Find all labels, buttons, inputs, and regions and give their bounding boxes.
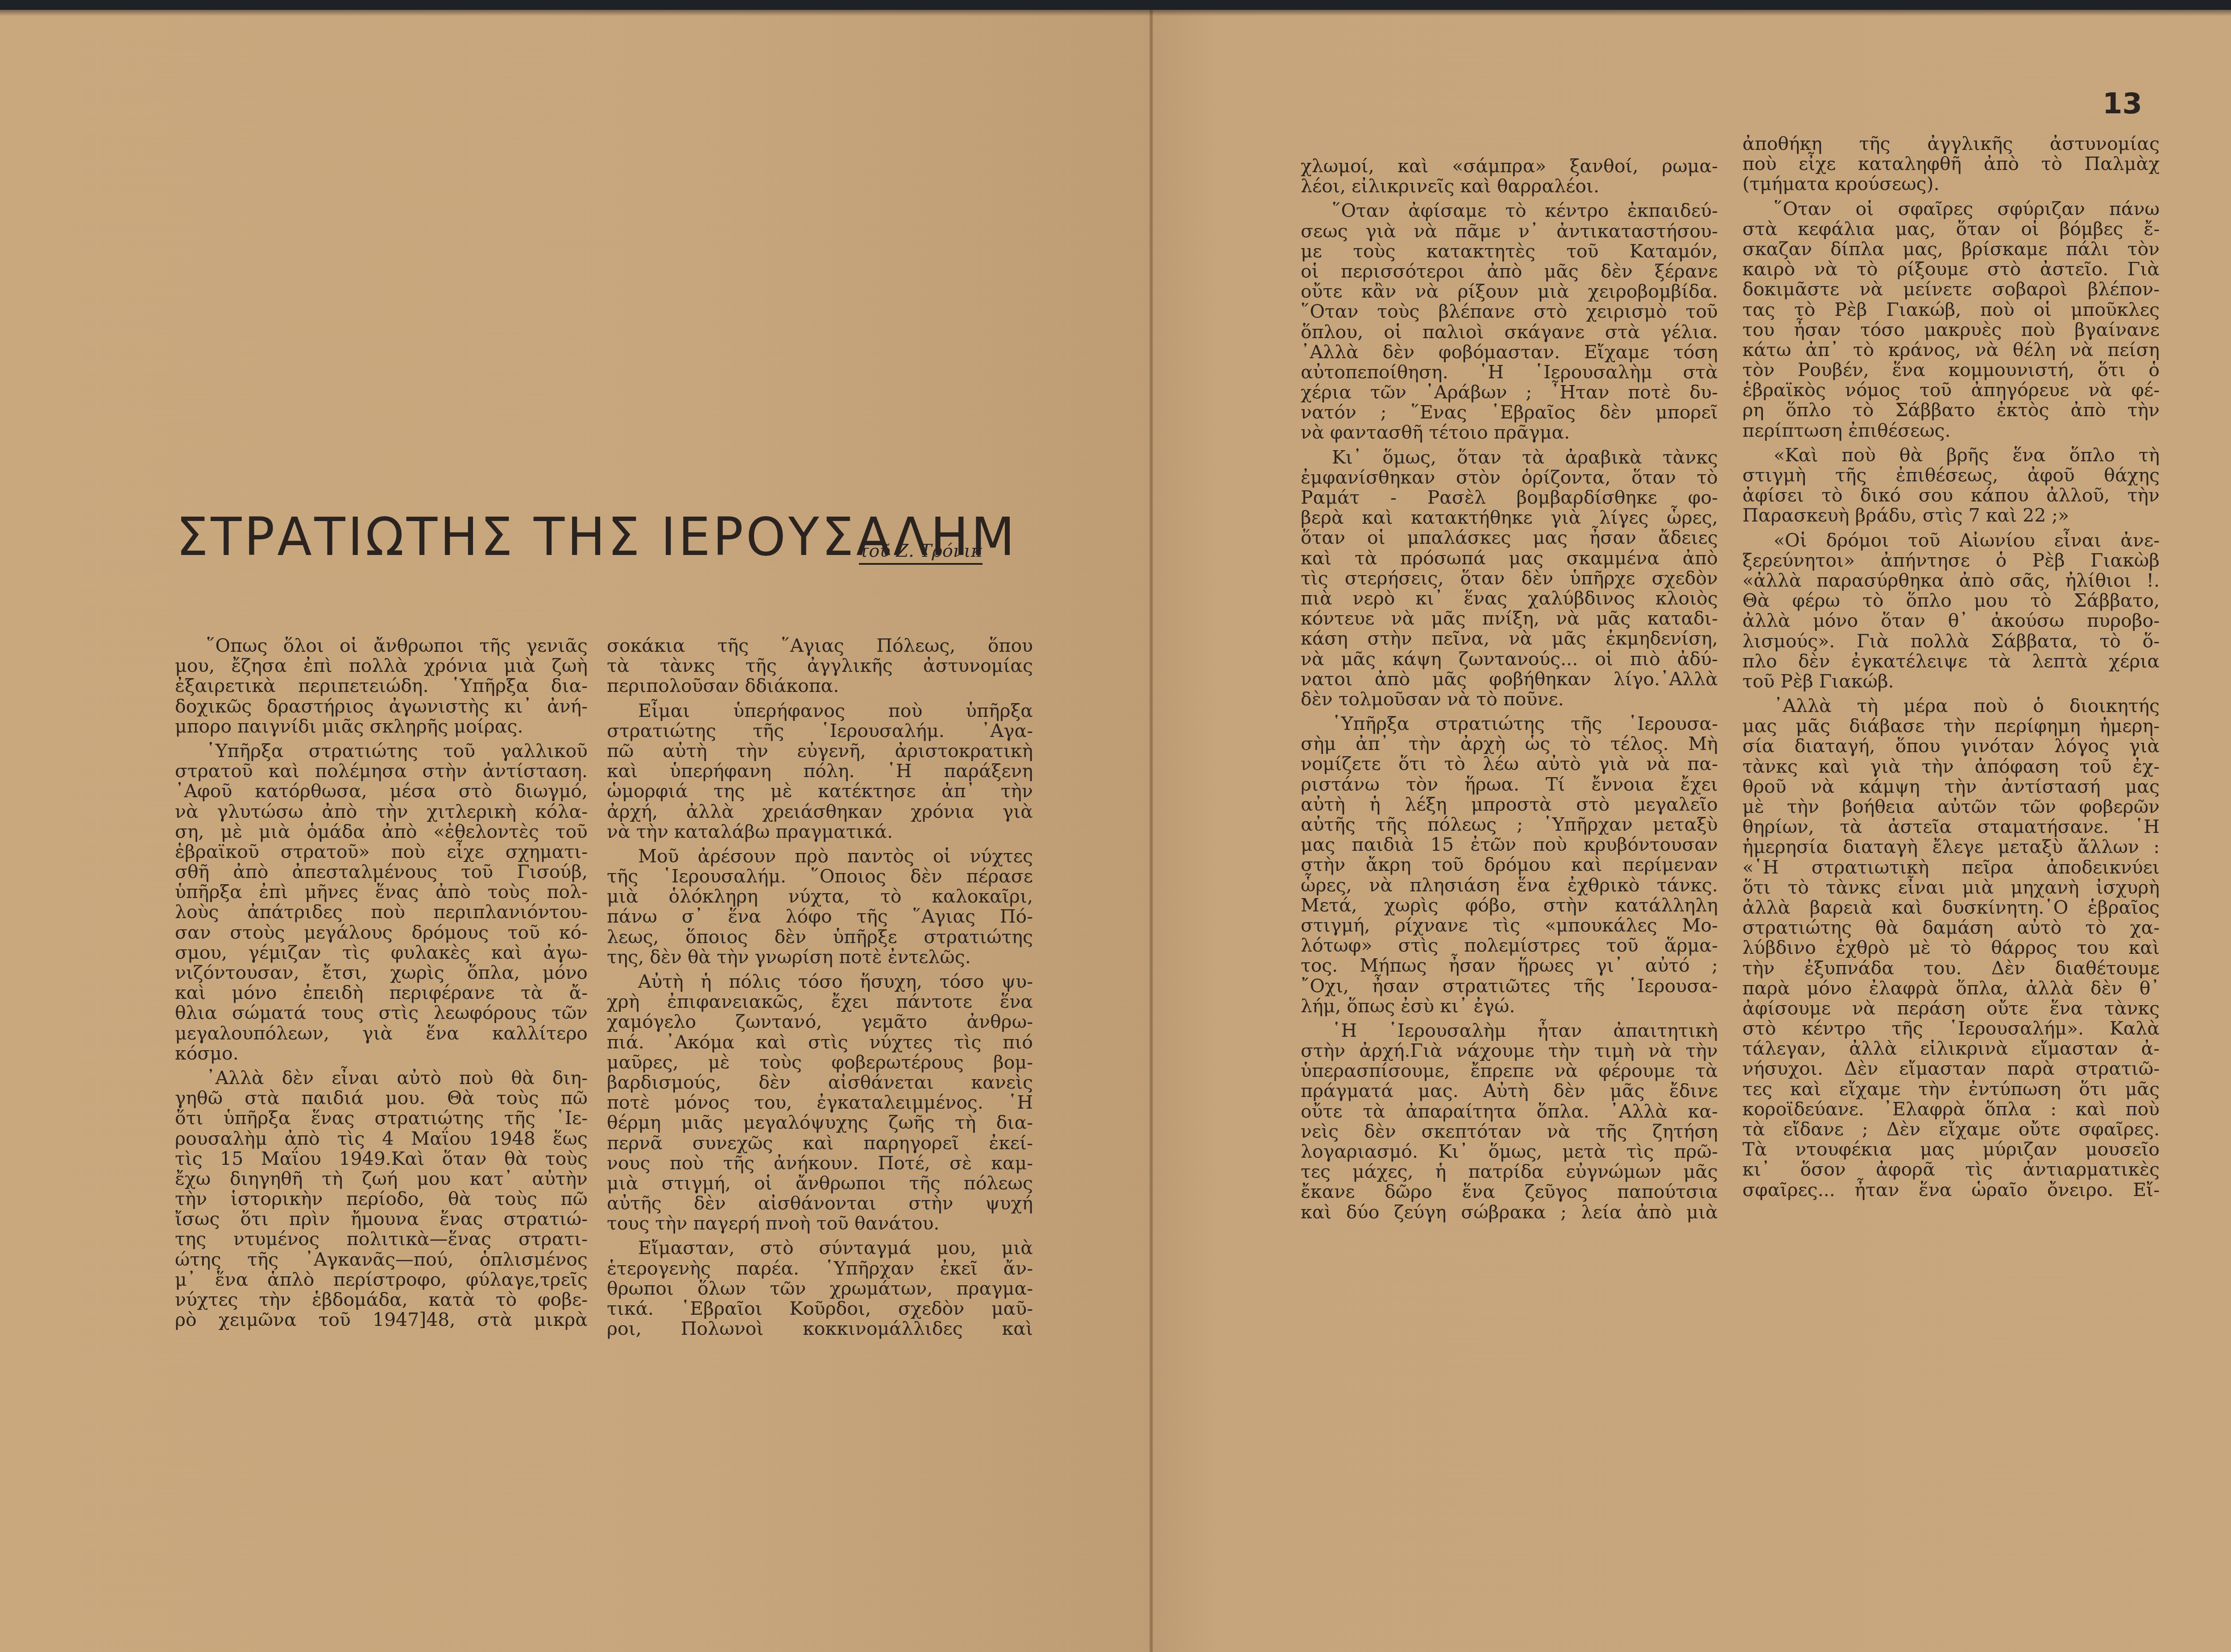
text-line: βερὰ καὶ κατακτήθηκε γιὰ λίγες ὧρες, bbox=[1301, 508, 1718, 528]
text-line: πῶ αὐτὴ τὴν εὐγενῆ, ἀριστοκρατικὴ bbox=[607, 741, 1033, 761]
text-line: τους τὴν παγερή πνοὴ τοῦ θανάτου. bbox=[607, 1213, 1033, 1234]
text-line: ἔκανε δῶρο ἕνα ζεῦγος παπούτσια bbox=[1301, 1182, 1718, 1202]
text-line: Κι᾿ ὅμως, ὅταν τὰ ἀραβικὰ τὰνκς bbox=[1301, 447, 1718, 468]
page-number: 13 bbox=[2102, 87, 2142, 120]
text-line: νὰ φαντασθῆ τέτοιο πρᾶγμα. bbox=[1301, 422, 1718, 443]
text-line: λύβδινο ἐχθρὸ μὲ τὸ θάρρος του καὶ bbox=[1742, 938, 2160, 958]
text-line: μιὰ ὁλόκληρη νύχτα, τὸ καλοκαῖρι, bbox=[607, 886, 1033, 907]
text-line: τες καὶ εἴχαμε τὴν ἐντύπωση ὅτι μᾶς bbox=[1742, 1079, 2160, 1099]
text-line: στρατιώτης τῆς ῾Ιερουσαλήμ. ᾿Αγα- bbox=[607, 721, 1033, 741]
text-line: νους ποὺ τῆς ἀνήκουν. Ποτέ, σὲ καμ- bbox=[607, 1153, 1033, 1173]
text-line: ἑβραϊκὸς νόμος τοῦ ἀπηγόρευε νὰ φέ- bbox=[1742, 380, 2160, 400]
text-line: στὴν ἀρχή.Γιὰ νάχουμε τὴν τιμὴ νὰ τὴν bbox=[1301, 1041, 1718, 1061]
text-line: ἐξαιρετικὰ περιπετειώδη. ῾Υπῆρξα δια- bbox=[175, 676, 588, 696]
text-line: καὶ μόνο ἐπειδὴ περιφέρανε τὰ ἄ- bbox=[175, 983, 588, 1003]
text-line: τὶς στερήσεις, ὅταν δὲν ὑπῆρχε σχεδὸν bbox=[1301, 568, 1718, 588]
text-line: νήσυχοι. Δὲν εἴμασταν παρὰ στρατιῶ- bbox=[1742, 1059, 2160, 1079]
text-line: τὰ εἴδανε ; Δὲν εἴχαμε οὔτε σφαῖρες. bbox=[1742, 1119, 2160, 1139]
text-line: σφαῖρες... ἦταν ἕνα ὡραῖο ὄνειρο. Εἴ- bbox=[1742, 1180, 2160, 1200]
text-line: Εἴμασταν, στὸ σύνταγμά μου, μιὰ bbox=[607, 1238, 1033, 1258]
text-line: στὰ κεφάλια μας, ὅταν οἱ βόμβες ἔ- bbox=[1742, 219, 2160, 239]
text-line: αὐτῆς τῆς πόλεως ; ῾Υπῆρχαν μεταξὺ bbox=[1301, 815, 1718, 835]
book-spine bbox=[1149, 10, 1153, 1652]
text-line: ὅτι τὸ τὰνκς εἶναι μιὰ μηχανὴ ἰσχυρὴ bbox=[1742, 878, 2160, 898]
text-line: Εἶμαι ὑπερήφανος ποὺ ὑπῆρξα bbox=[607, 701, 1033, 721]
text-line: πιά. ᾿Ακόμα καὶ στὶς νύχτες τὶς πιό bbox=[607, 1032, 1033, 1052]
text-line: κόσμο. bbox=[175, 1043, 588, 1064]
text-line: δὲν τολμοῦσαν νὰ τὸ ποῦνε. bbox=[1301, 689, 1718, 709]
text-line: τὶς 15 Μαΐου 1949.Καὶ ὅταν θὰ τοὺς bbox=[175, 1149, 588, 1169]
text-line: Τὰ ντουφέκια μας μύριζαν μουσεῖο bbox=[1742, 1139, 2160, 1159]
text-line: ῾Υπῆρξα στρατιώτης τῆς ῾Ιερουσα- bbox=[1301, 714, 1718, 734]
text-line: τὸν Ρουβέν, ἕνα κομμουνιστή, ὅτι ὁ bbox=[1742, 360, 2160, 380]
text-line: σοκάκια τῆς ῞Αγιας Πόλεως, ὅπου bbox=[607, 636, 1033, 656]
text-line: ροι, Πολωνοὶ κοκκινομάλλιδες καὶ bbox=[607, 1319, 1033, 1339]
text-line: στιγμή, ρίχνανε τὶς «μπουκάλες Μο- bbox=[1301, 915, 1718, 936]
text-line: Ραμάτ - Ρασὲλ βομβαρδίσθηκε φο- bbox=[1301, 488, 1718, 508]
text-line: σμου, γέμιζαν τὶς φυλακὲς καὶ ἀγω- bbox=[175, 943, 588, 963]
text-line: κοροϊδεύανε. ᾿Ελαφρὰ ὅπλα : καὶ ποὺ bbox=[1742, 1099, 2160, 1119]
text-line: κόντευε νὰ μᾶς πνίξη, νὰ μᾶς καταδι- bbox=[1301, 609, 1718, 629]
text-line: ἀφίσουμε νὰ περάση οὔτε ἕνα τὰνκς bbox=[1742, 998, 2160, 1019]
text-line: μιὰ στιγμή, οἱ ἄνθρωποι τῆς πόλεως bbox=[607, 1173, 1033, 1193]
text-line: νεὶς δὲν σκεπτόταν νὰ τῆς ζητήση bbox=[1301, 1122, 1718, 1142]
text-line: λήμ, ὅπως ἐσὺ κι᾿ ἐγώ. bbox=[1301, 996, 1718, 1016]
text-line: Παρασκευὴ βράδυ, στὶς 7 καὶ 22 ;» bbox=[1742, 505, 2160, 526]
text-column-1: ῞Οπως ὅλοι οἱ ἄνθρωποι τῆς γενιᾶςμου, ἔζ… bbox=[175, 636, 588, 1330]
text-line: νύχτες τὴν ἑβδομάδα, κατὰ τὸ φοβε- bbox=[175, 1290, 588, 1310]
text-line: τῆς ῾Ιερουσαλήμ. ῞Οποιος δὲν πέρασε bbox=[607, 866, 1033, 886]
text-line: θέρμη μιᾶς μεγαλόψυχης ζωῆς τὴ δια- bbox=[607, 1113, 1033, 1133]
text-line: μας μᾶς διάβασε τὴν περίφημη ἡμερη- bbox=[1742, 716, 2160, 736]
text-line: ρουσαλὴμ ἀπὸ τὶς 4 Μαΐου 1948 ἕως bbox=[175, 1129, 588, 1149]
text-line: τὴν ἐξυπνάδα του. Δὲν διαθέτουμε bbox=[1742, 958, 2160, 978]
text-line: κάτω ἀπ᾿ τὸ κράνος, νὰ θέλη νὰ πείση bbox=[1742, 340, 2160, 360]
text-line: ποὺ εἶχε καταληφθῆ ἀπὸ τὸ Παλμὰχ bbox=[1742, 154, 2160, 174]
text-line: «ἀλλὰ παρασύρθηκα ἀπὸ σᾶς, ἠλίθιοι !. bbox=[1742, 571, 2160, 591]
text-line: δοκιμᾶστε νὰ μείνετε σοβαροὶ βλέπον- bbox=[1742, 279, 2160, 299]
text-line: βαρδισμούς, δὲν αἰσθάνεται κανεὶς bbox=[607, 1072, 1033, 1093]
text-line: Μετά, χωρὶς φόβο, στὴν κατάλληλη bbox=[1301, 895, 1718, 915]
text-line: θλια σώματά τους στὶς λεωφόρους τῶν bbox=[175, 1003, 588, 1023]
text-line: ᾿Αλλὰ δὲν εἶναι αὐτὸ ποὺ θὰ διη- bbox=[175, 1068, 588, 1088]
text-line: σκαζαν δίπλα μας, βρίσκαμε πάλι τὸν bbox=[1742, 239, 2160, 259]
text-line: Μοῦ ἀρέσουν πρὸ παντὸς οἱ νύχτες bbox=[607, 846, 1033, 866]
text-line: ῾Η ῾Ιερουσαλὴμ ἦταν ἀπαιτητικὴ bbox=[1301, 1021, 1718, 1041]
text-line: της ντυμένος πολιτικὰ—ἕνας στρατι- bbox=[175, 1229, 588, 1249]
text-line: «῾Η στρατιωτικὴ πεῖρα ἀποδεικνύει bbox=[1742, 857, 2160, 878]
text-line: (τμήματα κρούσεως). bbox=[1742, 174, 2160, 194]
text-line: θηρίων, τὰ ἀστεῖα σταματήσανε. ῾Η bbox=[1742, 817, 2160, 837]
text-line: τάλεγαν, ἀλλὰ εἰλικρινὰ εἴμασταν ἀ- bbox=[1742, 1039, 2160, 1059]
text-line: οὔτε κἂν νὰ ρίξουν μιὰ χειροβομβίδα. bbox=[1301, 282, 1718, 302]
text-line: ἡμερησία διαταγὴ ἔλεγε μεταξὺ ἄλλων : bbox=[1742, 837, 2160, 857]
text-line: νατόν ; ῞Ενας ῾Εβραῖος δὲν μπορεῖ bbox=[1301, 402, 1718, 422]
text-line: «Καὶ ποὺ θὰ βρῆς ἕνα ὅπλο τὴ bbox=[1742, 445, 2160, 465]
text-line: Αὐτὴ ἡ πόλις τόσο ἥσυχη, τόσο ψυ- bbox=[607, 972, 1033, 992]
text-line: καὶ ὑπερήφανη πόλη. ῾Η παράξενη bbox=[607, 761, 1033, 781]
text-line: ἔχω διηγηθῆ τὴ ζωή μου κατ᾿ αὐτὴν bbox=[175, 1169, 588, 1189]
text-line: θροῦ νὰ κάμψη τὴν ἀντίστασή μας bbox=[1742, 777, 2160, 797]
text-line: μὲ τὴν βοήθεια αὐτῶν τῶν φοβερῶν bbox=[1742, 797, 2160, 817]
text-line: μου, ἔζησα ἐπὶ πολλὰ χρόνια μιὰ ζωὴ bbox=[175, 656, 588, 676]
text-line: νομίζετε ὅτι τὸ λέω αὐτὸ γιὰ νὰ πα- bbox=[1301, 754, 1718, 774]
text-line: ὅπλου, οἱ παλιοὶ σκάγανε στὰ γέλια. bbox=[1301, 322, 1718, 342]
text-line: ρη ὅπλο τὸ Σάββατο ἐκτὸς ἀπὸ τὴν bbox=[1742, 400, 2160, 420]
text-line: ἑτερογενὴς παρέα. ῾Υπῆρχαν ἐκεῖ ἄν- bbox=[607, 1259, 1033, 1279]
text-line: σὴμ ἀπ᾿ τὴν ἀρχὴ ὡς τὸ τέλος. Μὴ bbox=[1301, 734, 1718, 754]
text-line: ῞Οταν τοὺς βλέπανε στὸ χειρισμὸ τοῦ bbox=[1301, 302, 1718, 322]
text-column-3: χλωμοί, καὶ «σάμπρα» ξανθοί, ρωμα-λέοι, … bbox=[1301, 156, 1718, 1222]
text-line: χρὴ ἐπιφανειακῶς, ἔχει πάντοτε ἕνα bbox=[607, 992, 1033, 1012]
text-line: ρὸ χειμῶνα τοῦ 1947]48, στὰ μικρὰ bbox=[175, 1310, 588, 1330]
text-line: σία διαταγή, ὅπου γινόταν λόγος γιὰ bbox=[1742, 736, 2160, 756]
text-line: στὸ κέντρο τῆς ῾Ιερουσαλήμ». Καλὰ bbox=[1742, 1019, 2160, 1039]
text-line: ᾿Αλλὰ δὲν φοβόμασταν. Εἴχαμε τόση bbox=[1301, 342, 1718, 362]
text-line: τὰνκς καὶ γιὰ τὴν ἀπόφαση τοῦ ἐχ- bbox=[1742, 757, 2160, 777]
text-line: ῎Οχι, ἦσαν στρατιῶτες τῆς ῾Ιερουσα- bbox=[1301, 976, 1718, 996]
text-line: οἱ περισσότεροι ἀπὸ μᾶς δὲν ξέρανε bbox=[1301, 261, 1718, 282]
text-line: αὐτῆς δὲν αἰσθάνονται στὴν ψυχή bbox=[607, 1193, 1033, 1213]
text-line: ὅτι ὑπῆρξα ἕνας στρατιώτης τῆς ῾Ιε- bbox=[175, 1108, 588, 1128]
text-line: καιρὸ νὰ τὸ ρίξουμε στὸ ἀστεῖο. Γιὰ bbox=[1742, 259, 2160, 279]
text-line: ριστάνω τὸν ἥρωα. Τί ἔννοια ἔχει bbox=[1301, 774, 1718, 795]
text-line: με τοὺς κατακτητὲς τοῦ Καταμόν, bbox=[1301, 241, 1718, 261]
text-line: νιζόντουσαν, ἔτσι, χωρὶς ὅπλα, μόνο bbox=[175, 963, 588, 983]
text-line: νατοι ἀπὸ μᾶς φοβήθηκαν λίγο.᾿Αλλὰ bbox=[1301, 669, 1718, 689]
text-line: νὰ τὴν καταλάβω πραγματικά. bbox=[607, 822, 1033, 842]
text-line: πράγματά μας. Αὐτὴ δὲν μᾶς ἔδινε bbox=[1301, 1081, 1718, 1101]
text-line: δοχικῶς δραστήριος ἀγωνιστὴς κι᾿ ἀνή- bbox=[175, 696, 588, 716]
text-line: μπορο παιγνίδι μιᾶς σκληρῆς μοίρας. bbox=[175, 716, 588, 737]
text-line: ὡμορφιά της μὲ κατέκτησε ἀπ᾿ τὴν bbox=[607, 781, 1033, 801]
text-line: πιὰ νερὸ κι᾿ ἕνας χαλύβδινος κλοιὸς bbox=[1301, 588, 1718, 609]
text-line: σεως γιὰ νὰ πᾶμε ν᾿ ἀντικαταστήσου- bbox=[1301, 221, 1718, 241]
text-line: ὑπερασπίσουμε, ἔπρεπε νὰ φέρουμε τὰ bbox=[1301, 1061, 1718, 1081]
text-line: τὰ τὰνκς τῆς ἀγγλικῆς ἀστυνομίας bbox=[607, 656, 1033, 676]
article-byline: τοῦ Ζ. Τρόνικ bbox=[859, 541, 983, 565]
text-line: ἀλλὰ βαρειὰ καὶ δυσκίνητη.῾Ο ἑβραῖος bbox=[1742, 898, 2160, 918]
text-line: τικά. ῾Εβραῖοι Κοῦρδοι, σχεδὸν μαῦ- bbox=[607, 1299, 1033, 1319]
text-line: λέοι, εἰλικρινεῖς καὶ θαρραλέοι. bbox=[1301, 176, 1718, 196]
text-line: ἀρχή, ἀλλὰ χρειάσθηκαν χρόνια γιὰ bbox=[607, 802, 1033, 822]
text-line: ὧρες, νὰ πλησιάση ἕνα ἐχθρικὸ τάνκς. bbox=[1301, 875, 1718, 895]
text-line: ῾Υπῆρξα στρατιώτης τοῦ γαλλικοῦ bbox=[175, 741, 588, 761]
text-line: ῞Οπως ὅλοι οἱ ἄνθρωποι τῆς γενιᾶς bbox=[175, 636, 588, 656]
page-top-shadow bbox=[0, 10, 2231, 16]
text-line: οὔτε τὰ ἀπαραίτητα ὅπλα. ᾿Αλλὰ κα- bbox=[1301, 1101, 1718, 1122]
text-line: λοὺς ἀπάτριδες ποὺ περιπλανιόντου- bbox=[175, 902, 588, 922]
text-line: λότωφ» στὶς πολεμίστρες τοῦ ἅρμα- bbox=[1301, 936, 1718, 956]
text-line: ᾿Αφοῦ κατόρθωσα, μέσα στὸ διωγμό, bbox=[175, 781, 588, 801]
text-line: ση, μὲ μιὰ ὁμάδα ἀπὸ «ἐθελοντὲς τοῦ bbox=[175, 822, 588, 842]
text-column-4: ἀποθήκη τῆς ἀγγλικῆς ἀστυνομίαςποὺ εἶχε … bbox=[1742, 134, 2160, 1200]
text-column-2: σοκάκια τῆς ῞Αγιας Πόλεως, ὅπουτὰ τὰνκς … bbox=[607, 636, 1033, 1339]
text-line: ἀποθήκη τῆς ἀγγλικῆς ἀστυνομίας bbox=[1742, 134, 2160, 154]
text-line: πλο δὲν ἐγκατέλειψε τὰ λεπτὰ χέρια bbox=[1742, 651, 2160, 671]
text-line: μεγαλουπόλεων, γιὰ ἕνα καλλίτερο bbox=[175, 1023, 588, 1043]
text-line: λεως, ὅποιος δὲν ὑπῆρξε στρατιώτης bbox=[607, 927, 1033, 947]
text-line: στὴν ἄκρη τοῦ δρόμου καὶ περίμεναν bbox=[1301, 855, 1718, 875]
text-line: τὴν ἱστορικὴν περίοδο, θὰ τοὺς πῶ bbox=[175, 1189, 588, 1209]
text-line: ώτης τῆς ᾿Αγκανᾶς—πού, ὁπλισμένος bbox=[175, 1250, 588, 1270]
text-line: καὶ τὰ πρόσωπά μας σκαμμένα ἀπὸ bbox=[1301, 548, 1718, 568]
text-line: ὑπῆρξα ἐπὶ μῆνες ἕνας ἀπὸ τοὺς πολ- bbox=[175, 882, 588, 902]
text-line: καὶ δύο ζεύγη σώβρακα ; λεία ἀπὸ μιὰ bbox=[1301, 1202, 1718, 1222]
text-line: λογαριασμό. Κι᾿ ὅμως, μετὰ τὶς πρῶ- bbox=[1301, 1142, 1718, 1162]
text-line: ᾿Αλλὰ τὴ μέρα ποὺ ὁ διοικητής bbox=[1742, 696, 2160, 716]
text-line: περίπτωση ἐπιθέσεως. bbox=[1742, 421, 2160, 441]
text-line: κάση στὴν πεῖνα, νὰ μᾶς ἐκμηδενίση, bbox=[1301, 629, 1718, 649]
text-line: χαμόγελο ζωντανό, γεμᾶτο ἀνθρω- bbox=[607, 1012, 1033, 1032]
text-line: ῞Οταν οἱ σφαῖρες σφύριζαν πάνω bbox=[1742, 199, 2160, 219]
text-line: χλωμοί, καὶ «σάμπρα» ξανθοί, ρωμα- bbox=[1301, 156, 1718, 176]
text-line: στρατιώτης θὰ δαμάση αὐτὸ τὸ χα- bbox=[1742, 918, 2160, 938]
text-line: τοῦ Ρὲβ Γιακώβ. bbox=[1742, 671, 2160, 691]
text-line: ἑβραϊκοῦ στρατοῦ» ποὺ εἶχε σχηματι- bbox=[175, 842, 588, 862]
text-line: αὐτὴ ἡ λέξη μπροστὰ στὸ μεγαλεῖο bbox=[1301, 795, 1718, 815]
text-line: κι᾿ ὅσον ἀφορᾶ τὶς ἀντιαρματικὲς bbox=[1742, 1159, 2160, 1180]
text-line: λισμούς». Γιὰ πολλὰ Σάββατα, τὸ ὅ- bbox=[1742, 631, 2160, 651]
text-line: ξερεύνητοι» ἀπήντησε ὁ Ρὲβ Γιακὼβ bbox=[1742, 551, 2160, 571]
text-line: ἐμφανίσθηκαν στὸν ὁρίζοντα, ὅταν τὸ bbox=[1301, 468, 1718, 488]
text-line: τος. Μήπως ἦσαν ἥρωες γι᾿ αὐτό ; bbox=[1301, 956, 1718, 976]
text-line: ἀλλὰ μόνο ὅταν θ᾿ ἀκούσω πυροβο- bbox=[1742, 611, 2160, 631]
text-line: ῞Οταν ἀφίσαμε τὸ κέντρο ἐκπαιδεύ- bbox=[1301, 201, 1718, 221]
text-line: Θὰ φέρω τὸ ὅπλο μου τὸ Σάββατο, bbox=[1742, 591, 2160, 611]
text-line: παρὰ μόνο ἐλαφρὰ ὅπλα, ἀλλὰ δὲν θ᾿ bbox=[1742, 978, 2160, 998]
text-line: ἀφίσει τὸ δικό σου κάπου ἀλλοῦ, τὴν bbox=[1742, 485, 2160, 505]
text-line: νὰ μᾶς κάψη ζωντανούς... οἱ πιὸ ἀδύ- bbox=[1301, 649, 1718, 669]
text-line: τες μάχες, ἡ πατρίδα εὐγνώμων μᾶς bbox=[1301, 1162, 1718, 1182]
text-line: τας τὸ Ρὲβ Γιακώβ, ποὺ οἱ μποῦκλες bbox=[1742, 300, 2160, 320]
text-line: σθῆ ἀπὸ ἀπεσταλμένους τοῦ Γισούβ, bbox=[175, 862, 588, 882]
text-line: πάνω σ᾿ ἕνα λόφο τῆς ῞Αγιας Πό- bbox=[607, 907, 1033, 927]
text-line: αὐτοπεποίθηση. ῾Η ῾Ιερουσαλὴμ στὰ bbox=[1301, 362, 1718, 382]
text-line: ποτὲ μόνος του, ἐγκαταλειμμένος. ῾Η bbox=[607, 1093, 1033, 1113]
text-line: του ἦσαν τόσο μακρυὲς ποὺ βγαίνανε bbox=[1742, 320, 2160, 340]
text-line: χέρια τῶν ᾿Αράβων ; ῏Ηταν ποτὲ δυ- bbox=[1301, 382, 1718, 402]
text-line: σαν στοὺς μεγάλους δρόμους τοῦ κό- bbox=[175, 923, 588, 943]
text-line: μας παιδιὰ 15 ἐτῶν ποὺ κρυβόντουσαν bbox=[1301, 835, 1718, 855]
text-line: θρωποι ὅλων τῶν χρωμάτων, πραγμα- bbox=[607, 1279, 1033, 1299]
text-line: στιγμὴ τῆς ἐπιθέσεως, ἀφοῦ θάχης bbox=[1742, 465, 2160, 485]
text-line: μ᾿ ἕνα ἁπλὸ περίστροφο, φύλαγε,τρεῖς bbox=[175, 1270, 588, 1290]
text-line: ὅταν οἱ μπαλάσκες μας ἦσαν ἄδειες bbox=[1301, 528, 1718, 548]
text-line: ἴσως ὅτι πρὶν ἤμουνα ἕνας στρατιώ- bbox=[175, 1209, 588, 1229]
text-line: νὰ γλυτώσω ἀπὸ τὴν χιτλερικὴ κόλα- bbox=[175, 802, 588, 822]
text-line: περνᾶ συνεχῶς καὶ παρηγορεῖ ἐκεί- bbox=[607, 1133, 1033, 1153]
text-line: της, δὲν θὰ τὴν γνωρίση ποτὲ ἐντελῶς. bbox=[607, 947, 1033, 967]
text-line: γηθῶ στὰ παιδιά μου. Θὰ τοὺς πῶ bbox=[175, 1088, 588, 1108]
text-line: «Οἱ δρόμοι τοῦ Αἰωνίου εἶναι ἀνε- bbox=[1742, 530, 2160, 551]
text-line: μαῦρες, μὲ τοὺς φοβερωτέρους βομ- bbox=[607, 1052, 1033, 1072]
text-line: στρατοῦ καὶ πολέμησα στὴν ἀντίσταση. bbox=[175, 761, 588, 781]
text-line: περιπολοῦσαν δδιάκοπα. bbox=[607, 676, 1033, 696]
